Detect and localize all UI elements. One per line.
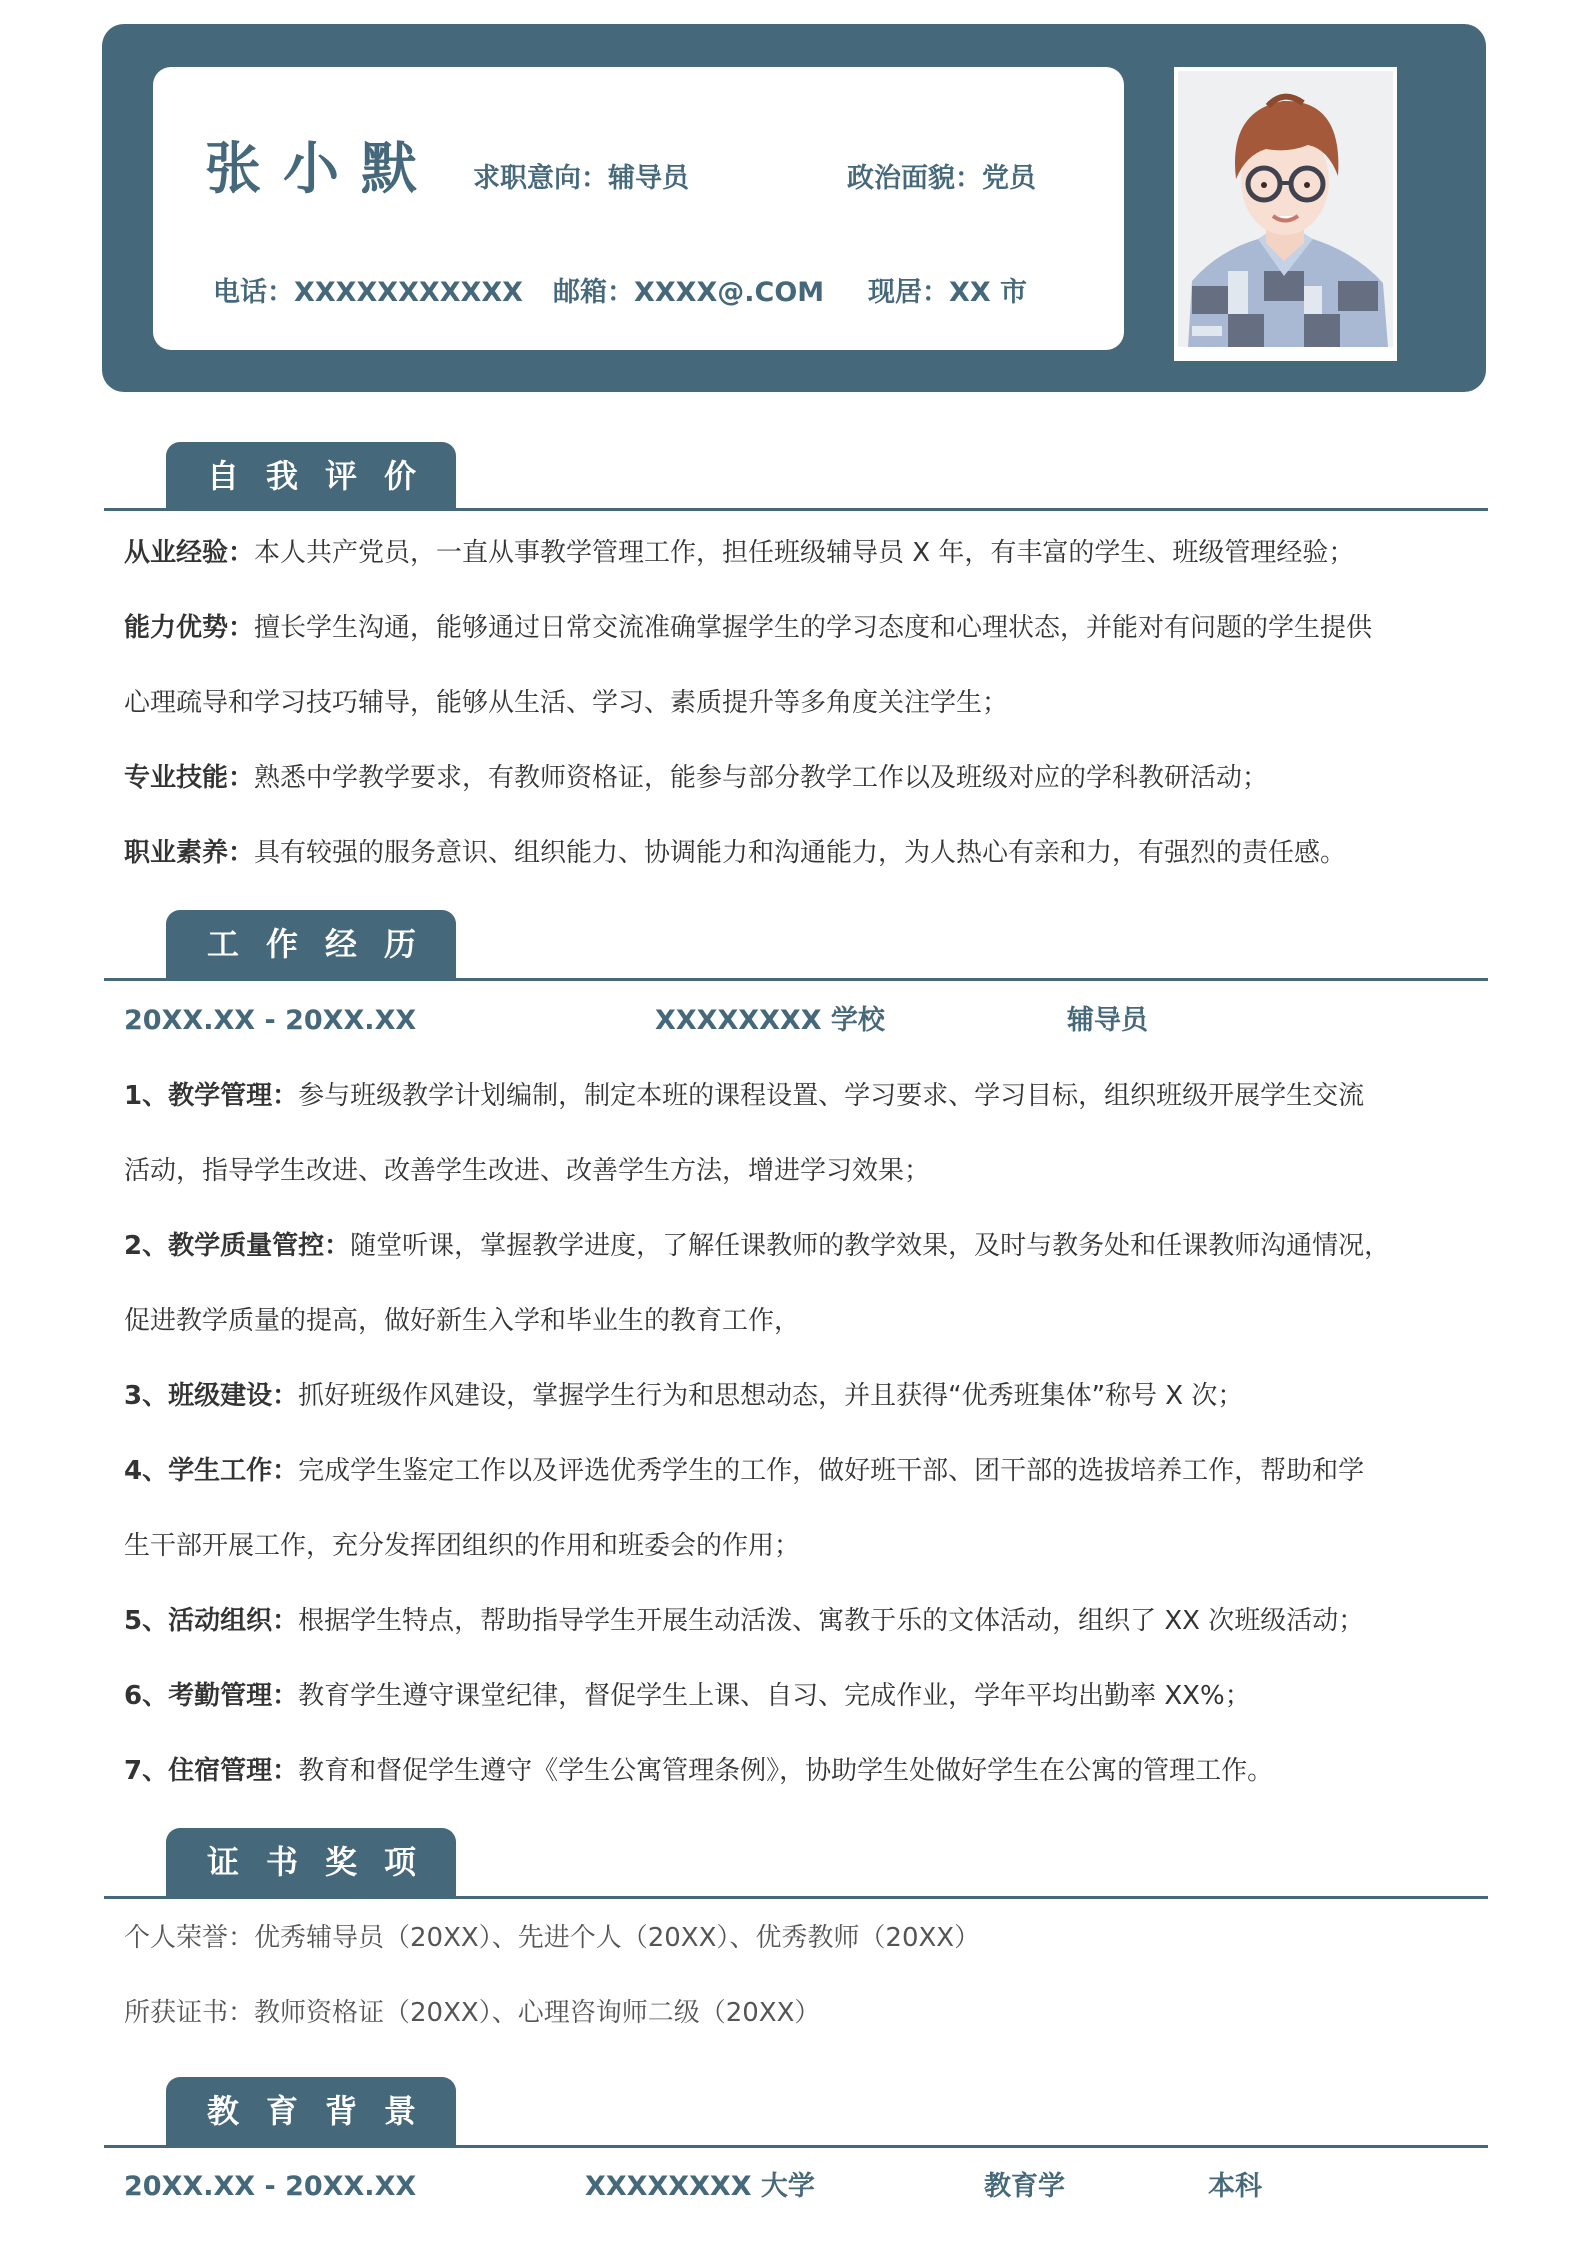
line-label: 7、住宿管理： [124,1756,298,1786]
line-text: 抓好班级作风建设，掌握学生行为和思想动态，并且获得“优秀班集体”称号 X 次； [298,1381,1243,1411]
line-text: 擅长学生沟通，能够通过日常交流准确掌握学生的学习态度和心理状态，并能对有问题的学… [254,613,1372,643]
work-period: 20XX.XX - 20XX.XX [124,1004,416,1038]
profile-photo-frame [1174,67,1397,361]
email: 邮箱：XXXX@.COM [553,276,824,310]
line-label: 职业素养： [124,838,254,868]
line-label: 4、学生工作： [124,1456,298,1486]
section-title-self-evaluation: 自我评价 [166,442,456,510]
section-divider [104,978,1488,981]
line-text: 本人共产党员，一直从事教学管理工作，担任班级辅导员 X 年，有丰富的学生、班级管… [254,538,1354,568]
education-degree: 本科 [1208,2170,1262,2204]
section-divider [104,2145,1488,2148]
work-line: 生干部开展工作，充分发挥团组织的作用和班委会的作用； [124,1529,800,1563]
phone: 电话：XXXXXXXXXXX [213,276,523,310]
certificates-line: 所获证书：教师资格证（20XX）、心理咨询师二级（20XX） [124,1996,820,2030]
line-text: 根据学生特点，帮助指导学生开展生动活泼、寓教于乐的文体活动，组织了 XX 次班级… [298,1606,1364,1636]
line-text: 完成学生鉴定工作以及评选优秀学生的工作，做好班干部、团干部的选拔培养工作，帮助和… [298,1456,1364,1486]
self-eval-line: 职业素养：具有较强的服务意识、组织能力、协调能力和沟通能力，为人热心有亲和力，有… [124,836,1346,870]
work-organization: XXXXXXXX 学校 [655,1004,885,1038]
profile-photo [1178,71,1393,347]
resume-header: 张小默 求职意向：辅导员 政治面貌：党员 电话：XXXXXXXXXXX 邮箱：X… [102,24,1486,392]
line-text: 参与班级教学计划编制，制定本班的课程设置、学习要求、学习目标，组织班级开展学生交… [298,1081,1364,1111]
work-line: 3、班级建设：抓好班级作风建设，掌握学生行为和思想动态，并且获得“优秀班集体”称… [124,1379,1243,1413]
section-divider [104,508,1488,511]
job-intention: 求职意向：辅导员 [473,162,689,196]
line-text: 活动，指导学生改进、改善学生改进、改善学生方法，增进学习效果； [124,1156,930,1186]
line-label: 2、教学质量管控： [124,1231,350,1261]
line-label: 从业经验： [124,538,254,568]
education-period: 20XX.XX - 20XX.XX [124,2170,416,2204]
line-label: 6、考勤管理： [124,1681,298,1711]
line-label: 3、班级建设： [124,1381,298,1411]
avatar-illustration-icon [1178,71,1393,347]
self-eval-line: 心理疏导和学习技巧辅导，能够从生活、学习、素质提升等多角度关注学生； [124,686,1008,720]
education-school: XXXXXXXX 大学 [585,2170,815,2204]
work-line: 7、住宿管理：教育和督促学生遵守《学生公寓管理条例》，协助学生处做好学生在公寓的… [124,1754,1273,1788]
line-text: 教育和督促学生遵守《学生公寓管理条例》，协助学生处做好学生在公寓的管理工作。 [298,1756,1273,1786]
line-text: 心理疏导和学习技巧辅导，能够从生活、学习、素质提升等多角度关注学生； [124,688,1008,718]
work-line: 1、教学管理：参与班级教学计划编制，制定本班的课程设置、学习要求、学习目标，组织… [124,1079,1364,1113]
line-text: 生干部开展工作，充分发挥团组织的作用和班委会的作用； [124,1531,800,1561]
line-text: 具有较强的服务意识、组织能力、协调能力和沟通能力，为人热心有亲和力，有强烈的责任… [254,838,1346,868]
self-eval-line: 从业经验：本人共产党员，一直从事教学管理工作，担任班级辅导员 X 年，有丰富的学… [124,536,1354,570]
line-label: 能力优势： [124,613,254,643]
line-text: 促进教学质量的提高，做好新生入学和毕业生的教育工作， [124,1306,800,1336]
line-text: 随堂听课，掌握教学进度，了解任课教师的教学效果，及时与教务处和任课教师沟通情况， [350,1231,1390,1261]
self-eval-line: 能力优势：擅长学生沟通，能够通过日常交流准确掌握学生的学习态度和心理状态，并能对… [124,611,1372,645]
section-divider [104,1896,1488,1899]
political-status: 政治面貌：党员 [847,162,1036,196]
work-position: 辅导员 [1067,1004,1148,1038]
section-title-certificates: 证书奖项 [166,1828,456,1896]
education-major: 教育学 [984,2170,1065,2204]
line-label: 1、教学管理： [124,1081,298,1111]
honors-line: 个人荣誉：优秀辅导员（20XX）、先进个人（20XX）、优秀教师（20XX） [124,1921,980,1955]
line-label: 专业技能： [124,763,254,793]
header-info-card: 张小默 求职意向：辅导员 政治面貌：党员 电话：XXXXXXXXXXX 邮箱：X… [153,67,1124,350]
work-line: 活动，指导学生改进、改善学生改进、改善学生方法，增进学习效果； [124,1154,930,1188]
line-text: 熟悉中学教学要求，有教师资格证，能参与部分教学工作以及班级对应的学科教研活动； [254,763,1268,793]
work-line: 促进教学质量的提高，做好新生入学和毕业生的教育工作， [124,1304,800,1338]
work-line: 4、学生工作：完成学生鉴定工作以及评选优秀学生的工作，做好班干部、团干部的选拔培… [124,1454,1364,1488]
work-line: 6、考勤管理：教育学生遵守课堂纪律，督促学生上课、自习、完成作业，学年平均出勤率… [124,1679,1251,1713]
section-title-work-experience: 工作经历 [166,910,456,978]
work-line: 2、教学质量管控：随堂听课，掌握教学进度，了解任课教师的教学效果，及时与教务处和… [124,1229,1390,1263]
self-eval-line: 专业技能：熟悉中学教学要求，有教师资格证，能参与部分教学工作以及班级对应的学科教… [124,761,1268,795]
line-text: 教育学生遵守课堂纪律，督促学生上课、自习、完成作业，学年平均出勤率 XX%； [298,1681,1251,1711]
candidate-name: 张小默 [205,135,439,205]
line-label: 5、活动组织： [124,1606,298,1636]
residence: 现居：XX 市 [868,276,1027,310]
section-title-education: 教育背景 [166,2077,456,2145]
work-line: 5、活动组织：根据学生特点，帮助指导学生开展生动活泼、寓教于乐的文体活动，组织了… [124,1604,1364,1638]
